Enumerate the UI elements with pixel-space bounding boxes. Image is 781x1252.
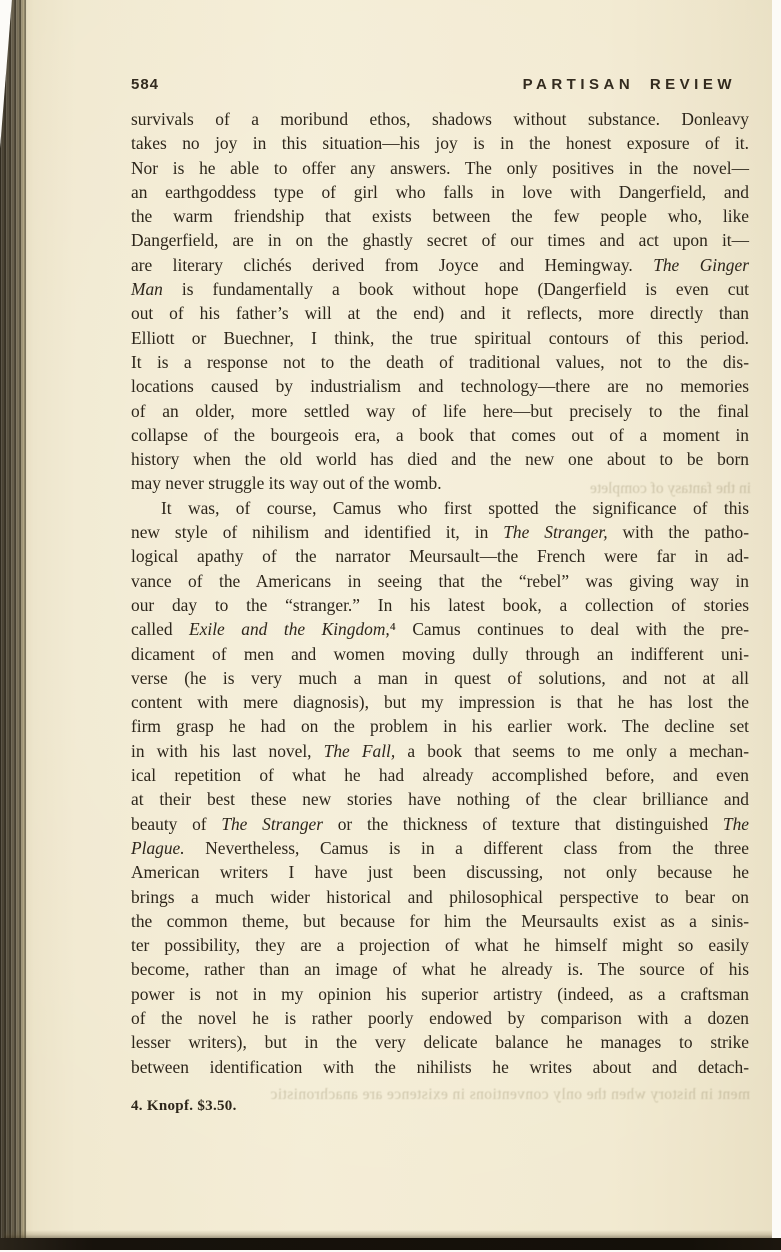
text-line: out of his father’s will at the end) and…	[131, 301, 749, 325]
footnote: 4. Knopf. $3.50.	[131, 1098, 237, 1115]
text-line: It was, of course, Camus who first spott…	[131, 496, 749, 520]
scanned-book-page: 584 PARTISAN REVIEW in the fantasy of co…	[0, 0, 781, 1252]
text-line: at their best these new stories have not…	[131, 787, 749, 811]
text-line: survivals of a moribund ethos, shadows w…	[131, 107, 749, 131]
text-line: called Exile and the Kingdom,⁴ Camus con…	[131, 617, 749, 641]
text-line: Plague. Nevertheless, Camus is in a diff…	[131, 836, 749, 860]
text-line: takes no joy in this situation—his joy i…	[131, 131, 749, 155]
text-line: our day to the “stranger.” In his latest…	[131, 593, 749, 617]
text-line: American writers I have just been discus…	[131, 860, 749, 884]
text-line: locations caused by industrialism and te…	[131, 374, 749, 398]
text-line: verse (he is very much a man in quest of…	[131, 666, 749, 690]
text-line: an earthgoddess type of girl who falls i…	[131, 180, 749, 204]
text-line: power is not in my opinion his superior …	[131, 982, 749, 1006]
text-line: lesser writers), but in the very delicat…	[131, 1030, 749, 1054]
text-line: in with his last novel, The Fall, a book…	[131, 739, 749, 763]
text-line: ical repetition of what he had already a…	[131, 763, 749, 787]
text-line: between identification with the nihilist…	[131, 1055, 749, 1079]
text-line: firm grasp he had on the problem in his …	[131, 714, 749, 738]
page-header: 584 PARTISAN REVIEW	[131, 76, 736, 93]
scanner-background-right	[772, 0, 781, 1241]
text-line: may never struggle its way out of the wo…	[131, 471, 749, 495]
text-line: It is a response not to the death of tra…	[131, 350, 749, 374]
text-line: collapse of the bourgeois era, a book th…	[131, 423, 749, 447]
text-line: Nor is he able to offer any answers. The…	[131, 156, 749, 180]
bleedthrough-text-bottom: ment in history when the only convention…	[184, 1086, 750, 1104]
text-line: beauty of The Stranger or the thickness …	[131, 812, 749, 836]
text-line: Man is fundamentally a book without hope…	[131, 277, 749, 301]
text-line: vance of the Americans in seeing that th…	[131, 569, 749, 593]
text-line: brings a much wider historical and philo…	[131, 885, 749, 909]
page-paper: 584 PARTISAN REVIEW in the fantasy of co…	[6, 0, 772, 1239]
text-line: of the novel he is rather poorly endowed…	[131, 1006, 749, 1030]
paragraph: It was, of course, Camus who first spott…	[131, 496, 749, 1079]
text-line: become, rather than an image of what he …	[131, 957, 749, 981]
text-line: are literary clichés derived from Joyce …	[131, 253, 749, 277]
text-line: the common theme, but because for him th…	[131, 909, 749, 933]
text-line: history when the old world has died and …	[131, 447, 749, 471]
text-line: logical apathy of the narrator Meursault…	[131, 544, 749, 568]
text-line: Dangerfield, are in on the ghastly secre…	[131, 228, 749, 252]
book-fore-edge-pages	[0, 0, 27, 1239]
text-line: dicament of men and women moving dully t…	[131, 642, 749, 666]
text-line: Elliott or Buechner, I think, the true s…	[131, 326, 749, 350]
text-line: ter possibility, they are a projection o…	[131, 933, 749, 957]
book-cover-edge	[0, 1238, 781, 1250]
journal-title: PARTISAN REVIEW	[523, 76, 736, 93]
page-number: 584	[131, 76, 159, 93]
text-line: of an older, more settled way of life he…	[131, 399, 749, 423]
text-line: new style of nihilism and identified it,…	[131, 520, 749, 544]
text-line: content with mere diagnosis), but my imp…	[131, 690, 749, 714]
paragraph: survivals of a moribund ethos, shadows w…	[131, 107, 749, 496]
body-text: survivals of a moribund ethos, shadows w…	[131, 107, 749, 1079]
text-line: the warm friendship that exists between …	[131, 204, 749, 228]
